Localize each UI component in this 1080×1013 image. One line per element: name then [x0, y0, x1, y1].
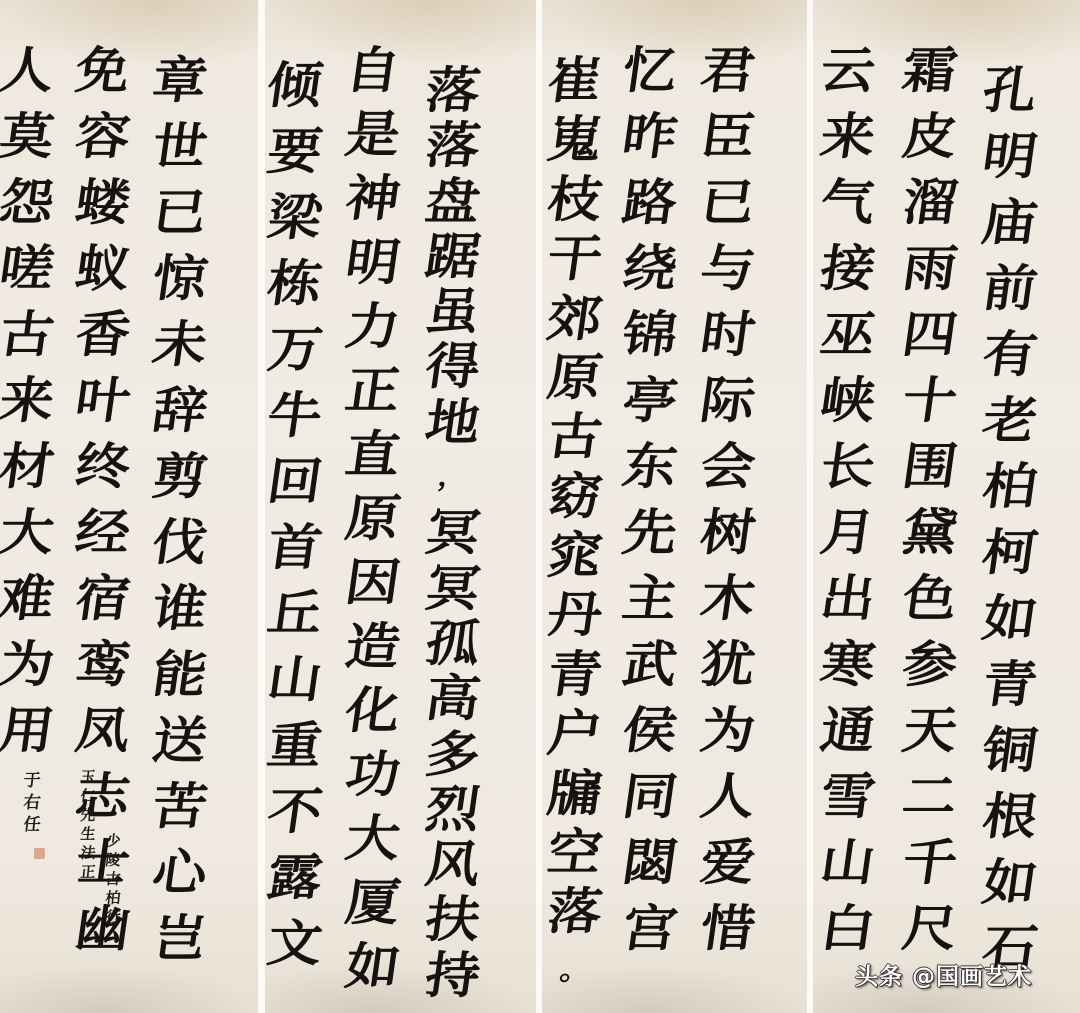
calligraphy-character: 气 [809, 174, 887, 229]
calligraphy-character: 苦 [141, 778, 219, 833]
inscription-dedication-character: 法 [78, 844, 98, 863]
inscription-dedication-character: 生 [78, 825, 98, 844]
calligraphy-character: 力 [334, 298, 412, 353]
calligraphy-character: 要 [256, 123, 334, 178]
calligraphy-character: 造 [334, 618, 412, 673]
calligraphy-character: 香 [64, 306, 142, 361]
calligraphy-character: 同 [611, 768, 689, 823]
calligraphy-character: 化 [334, 682, 412, 737]
calligraphy-character: 已 [141, 184, 219, 239]
calligraphy-character: 窈 [536, 468, 614, 523]
calligraphy-character: 雨 [891, 240, 969, 295]
calligraphy-character: 已 [689, 174, 767, 229]
calligraphy-character: 根 [971, 788, 1049, 843]
calligraphy-character: 臣 [689, 108, 767, 163]
calligraphy-character: 厦 [334, 874, 412, 929]
calligraphy-character: 宿 [64, 570, 142, 625]
calligraphy-character: 长 [809, 438, 887, 493]
calligraphy-character: 月 [809, 504, 887, 559]
calligraphy-character: 叶 [64, 372, 142, 427]
calligraphy-character: 剪 [141, 448, 219, 503]
inscription-dedication-character: 正 [78, 863, 98, 882]
calligraphy-character: 枝 [536, 171, 614, 226]
calligraphy-character: 重 [256, 717, 334, 772]
calligraphy-character: 多 [414, 726, 492, 781]
calligraphy-character: 踞 [414, 228, 492, 283]
calligraphy-character: 绕 [611, 240, 689, 295]
calligraphy-character: 皮 [891, 108, 969, 163]
calligraphy-character: 。 [536, 943, 614, 998]
inscription-note-character: 行 [103, 908, 123, 927]
calligraphy-character: 十 [891, 372, 969, 427]
calligraphy-character: 古 [0, 306, 66, 361]
inscription-signature-character: 右 [22, 794, 42, 813]
calligraphy-character: 白 [809, 900, 887, 955]
calligraphy-character: 原 [334, 490, 412, 545]
calligraphy-character: 谁 [141, 580, 219, 635]
calligraphy-character: 铜 [971, 722, 1049, 777]
calligraphy-character: 风 [414, 837, 492, 892]
calligraphy-character: 大 [0, 504, 66, 559]
calligraphy-character: 寒 [809, 636, 887, 691]
calligraphy-character: 君 [689, 42, 767, 97]
calligraphy-character: 凤 [64, 702, 142, 757]
calligraphy-character: 参 [891, 636, 969, 691]
calligraphy-character: 东 [611, 438, 689, 493]
calligraphy-character: 回 [256, 453, 334, 508]
calligraphy-character: 青 [536, 646, 614, 701]
calligraphy-character: 木 [689, 570, 767, 625]
calligraphy-character: 高 [414, 671, 492, 726]
calligraphy-character: 蝼 [64, 174, 142, 229]
calligraphy-character: 丹 [536, 587, 614, 642]
red-seal-stamp [34, 848, 45, 859]
calligraphy-character: 閟 [611, 834, 689, 889]
calligraphy-character: 庙 [971, 194, 1049, 249]
calligraphy-character: 老 [971, 392, 1049, 447]
calligraphy-character: 时 [689, 306, 767, 361]
calligraphy-character: 锦 [611, 306, 689, 361]
inscription-signature-character: 于 [22, 772, 42, 791]
calligraphy-character: 会 [689, 438, 767, 493]
calligraphy-character: 大 [334, 810, 412, 865]
calligraphy-character: 柯 [971, 524, 1049, 579]
calligraphy-character: 栋 [256, 255, 334, 310]
calligraphy-character: 志 [64, 768, 142, 823]
calligraphy-character: 惜 [689, 900, 767, 955]
calligraphy-character: 幽 [64, 900, 142, 955]
calligraphy-character: 地 [414, 394, 492, 449]
calligraphy-character: 霜 [891, 42, 969, 97]
calligraphy-character: 容 [64, 108, 142, 163]
calligraphy-character: 伐 [141, 514, 219, 569]
calligraphy-character: 盘 [414, 173, 492, 228]
calligraphy-character: 与 [689, 240, 767, 295]
calligraphy-character: 人 [689, 768, 767, 823]
calligraphy-character: 四 [891, 306, 969, 361]
calligraphy-character: 能 [141, 646, 219, 701]
calligraphy-character: 难 [0, 570, 66, 625]
calligraphy-character: 主 [611, 570, 689, 625]
calligraphy-character: 干 [536, 231, 614, 286]
calligraphy-character: 原 [536, 349, 614, 404]
calligraphy-character: 空 [536, 824, 614, 879]
calligraphy-character: 惊 [141, 250, 219, 305]
calligraphy-character: 功 [334, 746, 412, 801]
calligraphy-character: 得 [414, 339, 492, 394]
calligraphy-character: 云 [809, 42, 887, 97]
calligraphy-character: 章 [141, 52, 219, 107]
calligraphy-character: 爱 [689, 834, 767, 889]
calligraphy-character: 峡 [809, 372, 887, 427]
calligraphy-character: 人 [0, 42, 66, 97]
calligraphy-character: 终 [64, 438, 142, 493]
calligraphy-character: 孤 [414, 615, 492, 670]
calligraphy-character: 际 [689, 372, 767, 427]
calligraphy-character: 万 [256, 321, 334, 376]
calligraphy-character: 未 [141, 316, 219, 371]
calligraphy-character: 孔 [971, 62, 1049, 117]
calligraphy-character: ， [414, 449, 492, 504]
calligraphy-character: 露 [256, 849, 334, 904]
calligraphy-character: 蚁 [64, 240, 142, 295]
calligraphy-character: 冥 [414, 505, 492, 560]
calligraphy-character: 丘 [256, 585, 334, 640]
calligraphy-character: 郊 [536, 290, 614, 345]
calligraphy-character: 山 [809, 834, 887, 889]
calligraphy-character: 鸾 [64, 636, 142, 691]
calligraphy-character: 嵬 [536, 112, 614, 167]
calligraphy-character: 明 [971, 128, 1049, 183]
calligraphy-character: 溜 [891, 174, 969, 229]
calligraphy-character: 户 [536, 706, 614, 761]
calligraphy-character: 天 [891, 702, 969, 757]
calligraphy-character: 虽 [414, 284, 492, 339]
calligraphy-character: 落 [414, 118, 492, 173]
calligraphy-character: 雪 [809, 768, 887, 823]
calligraphy-character: 忆 [611, 42, 689, 97]
inscription-note-character: 少 [103, 832, 123, 851]
calligraphy-character: 自 [334, 42, 412, 97]
calligraphy-character: 为 [0, 636, 66, 691]
calligraphy-character: 材 [0, 438, 66, 493]
inscription-dedication-character: 玉 [78, 768, 98, 787]
calligraphy-character: 经 [64, 504, 142, 559]
calligraphy-character: 二 [891, 768, 969, 823]
calligraphy-character: 前 [971, 260, 1049, 315]
calligraphy-character: 尺 [891, 900, 969, 955]
calligraphy-character: 为 [689, 702, 767, 757]
inscription-note-character: 陵 [103, 851, 123, 870]
calligraphy-character: 烈 [414, 781, 492, 836]
calligraphy-character: 直 [334, 426, 412, 481]
watermark: 头条 @国画艺术 [855, 958, 1032, 991]
calligraphy-character: 犹 [689, 636, 767, 691]
inscription-dedication-character: 先 [78, 806, 98, 825]
calligraphy-character: 不 [256, 783, 334, 838]
calligraphy-character: 嗟 [0, 240, 66, 295]
calligraphy-character: 路 [611, 174, 689, 229]
calligraphy-character: 青 [971, 656, 1049, 711]
inscription-note-character: 古 [103, 870, 123, 889]
calligraphy-character: 莫 [0, 108, 66, 163]
calligraphy-character: 色 [891, 570, 969, 625]
calligraphy-character: 柏 [971, 458, 1049, 513]
calligraphy-character: 围 [891, 438, 969, 493]
inscription-note-character: 柏 [103, 889, 123, 908]
calligraphy-character: 崔 [536, 52, 614, 107]
calligraphy-character: 山 [256, 651, 334, 706]
calligraphy-character: 心 [141, 844, 219, 899]
calligraphy-character: 通 [809, 702, 887, 757]
calligraphy-character: 亭 [611, 372, 689, 427]
calligraphy-character: 落 [414, 62, 492, 117]
calligraphy-character: 千 [891, 834, 969, 889]
calligraphy-character: 正 [334, 362, 412, 417]
calligraphy-character: 文 [256, 915, 334, 970]
calligraphy-character: 倾 [256, 57, 334, 112]
calligraphy-character: 黛 [891, 504, 969, 559]
calligraphy-character: 因 [334, 554, 412, 609]
calligraphy-character: 辞 [141, 382, 219, 437]
calligraphy-character: 是 [334, 106, 412, 161]
calligraphy-character: 冥 [414, 560, 492, 615]
calligraphy-character: 来 [0, 372, 66, 427]
calligraphy-character: 接 [809, 240, 887, 295]
calligraphy-character: 神 [334, 170, 412, 225]
calligraphy-character: 牖 [536, 765, 614, 820]
inscription-signature-character: 任 [22, 816, 42, 835]
calligraphy-character: 梁 [256, 189, 334, 244]
calligraphy-character: 牛 [256, 387, 334, 442]
calligraphy-character: 先 [611, 504, 689, 559]
inscription-dedication-character: 仁 [78, 787, 98, 806]
calligraphy-character: 岂 [141, 910, 219, 965]
calligraphy-character: 如 [334, 938, 412, 993]
calligraphy-character: 昨 [611, 108, 689, 163]
calligraphy-character: 侯 [611, 702, 689, 757]
calligraphy-character: 巫 [809, 306, 887, 361]
calligraphy-character: 如 [971, 854, 1049, 909]
calligraphy-character: 武 [611, 636, 689, 691]
calligraphy-character: 窕 [536, 527, 614, 582]
calligraphy-character: 世 [141, 118, 219, 173]
calligraphy-character: 树 [689, 504, 767, 559]
calligraphy-character: 首 [256, 519, 334, 574]
calligraphy-character: 有 [971, 326, 1049, 381]
calligraphy-character: 扶 [414, 892, 492, 947]
calligraphy-character: 明 [334, 234, 412, 289]
calligraphy-character: 送 [141, 712, 219, 767]
calligraphy-character: 古 [536, 409, 614, 464]
calligraphy-character: 如 [971, 590, 1049, 645]
calligraphy-character: 来 [809, 108, 887, 163]
calligraphy-character: 持 [414, 947, 492, 1002]
calligraphy-character: 怨 [0, 174, 66, 229]
calligraphy-character: 出 [809, 570, 887, 625]
calligraphy-character: 免 [64, 42, 142, 97]
calligraphy-character: 宫 [611, 900, 689, 955]
calligraphy-character: 落 [536, 884, 614, 939]
calligraphy-character: 用 [0, 702, 66, 757]
